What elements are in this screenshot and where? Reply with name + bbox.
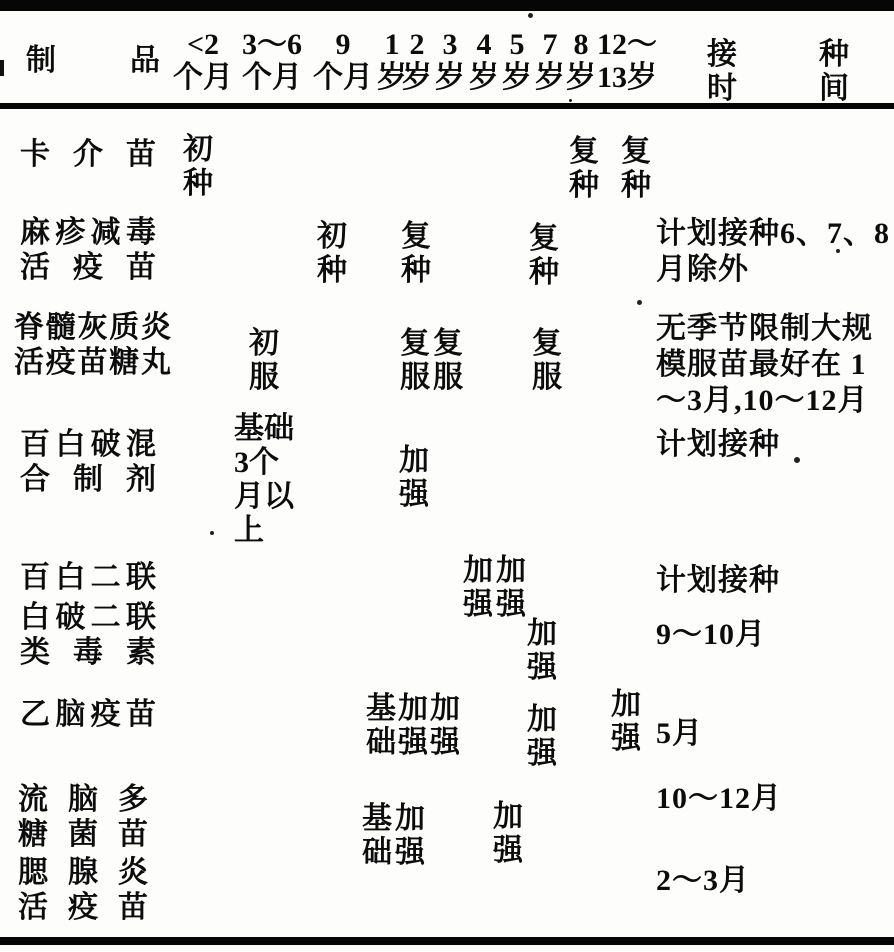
schedule-mark: 初服 [248, 327, 280, 395]
schedule-mark: 加强 [610, 688, 642, 756]
schedule-mark: 加强 [526, 617, 558, 685]
timing-note-line: 计划接种 [656, 427, 894, 463]
header-separator-rule [0, 103, 894, 109]
product-name-line: 乙脑疫苗 [20, 698, 156, 731]
timing-note-line: 9～10月 [656, 617, 894, 653]
header-age-line2: 13岁 [592, 61, 662, 94]
timing-note-line: 月除外 [656, 252, 894, 288]
schedule-mark: 复种 [528, 222, 560, 290]
schedule-mark: 基础3个月以上 [234, 412, 300, 548]
header-age-column: 3～6个月 [237, 28, 307, 94]
timing-note-line: 2～3月 [656, 863, 894, 899]
product-name-line: 合制剂 [20, 463, 156, 496]
product-name-line: 糖菌苗 [18, 818, 148, 851]
ink-speck [210, 531, 214, 535]
product-name-line: 卡介苗 [20, 138, 156, 171]
schedule-mark: 基础 [365, 692, 397, 760]
header-age-column: 12～13岁 [592, 28, 662, 94]
header-age-line1: 3～6 [237, 28, 307, 61]
schedule-mark: 初种 [316, 220, 348, 288]
schedule-mark: 加强 [394, 802, 426, 870]
schedule-mark: 加强 [495, 554, 527, 622]
edge-tick-artifact [0, 60, 4, 76]
header-age-line1: <2 [168, 28, 238, 61]
top-border-rule [0, 0, 894, 11]
immunization-schedule-table: 制品 <2个月3～6个月9个月1岁2岁3岁4岁5岁7岁8岁12～13岁 接时 种… [0, 0, 894, 952]
header-age-line2: 个月 [168, 61, 238, 94]
product-name-line: 类毒素 [20, 636, 156, 669]
product-name-line: 白破二联 [20, 601, 156, 634]
product-name-line: 流脑多 [18, 783, 148, 816]
schedule-mark: 复种 [400, 220, 432, 288]
ink-speck [794, 457, 800, 463]
schedule-mark: 复服 [531, 327, 563, 395]
ink-speck [528, 13, 533, 18]
product-name-line: 活疫苗 [18, 891, 148, 924]
schedule-mark: 初种 [182, 133, 214, 201]
schedule-mark: 加强 [492, 800, 524, 868]
timing-note-line: 10～12月 [656, 781, 894, 817]
timing-note-line: 5月 [656, 716, 894, 752]
product-name-line: 活疫苗糖丸 [14, 346, 171, 379]
schedule-mark: 加强 [397, 692, 429, 760]
schedule-mark: 复服 [399, 327, 431, 395]
product-name-line: 腮腺炎 [18, 856, 148, 889]
timing-note-line: ～3月,10～12月 [656, 383, 894, 419]
product-name-line: 脊髓灰质炎 [14, 311, 171, 344]
header-time-right: 种间 [818, 38, 850, 106]
product-name-line: 百白破混 [20, 428, 156, 461]
header-age-column: <2个月 [168, 28, 238, 94]
schedule-mark: 加强 [526, 703, 558, 771]
header-age-line2: 个月 [237, 61, 307, 94]
timing-note-line: 计划接种6、7、8 [656, 216, 894, 252]
product-name-line: 百白二联 [20, 561, 156, 594]
timing-note-line: 无季节限制大规 [656, 311, 894, 347]
schedule-mark: 基础 [361, 802, 393, 870]
ink-speck [569, 99, 572, 102]
header-time-left: 接时 [706, 38, 738, 106]
product-name-line: 麻疹减毒 [20, 216, 156, 249]
schedule-mark: 复服 [432, 327, 464, 395]
schedule-mark: 加强 [462, 554, 494, 622]
schedule-mark: 加强 [429, 692, 461, 760]
product-name-line: 活疫苗 [20, 251, 156, 284]
bottom-border-rule [0, 937, 894, 945]
timing-note-line: 模服苗最好在 1 [656, 347, 894, 383]
ink-speck [836, 249, 840, 253]
schedule-mark: 复种 [620, 135, 652, 203]
timing-note-line: 计划接种 [656, 563, 894, 599]
schedule-mark: 复种 [568, 135, 600, 203]
header-product-column: 制品 [26, 44, 160, 77]
schedule-mark: 加强 [398, 444, 430, 512]
header-age-line1: 12～ [592, 28, 662, 61]
ink-speck [637, 300, 642, 305]
